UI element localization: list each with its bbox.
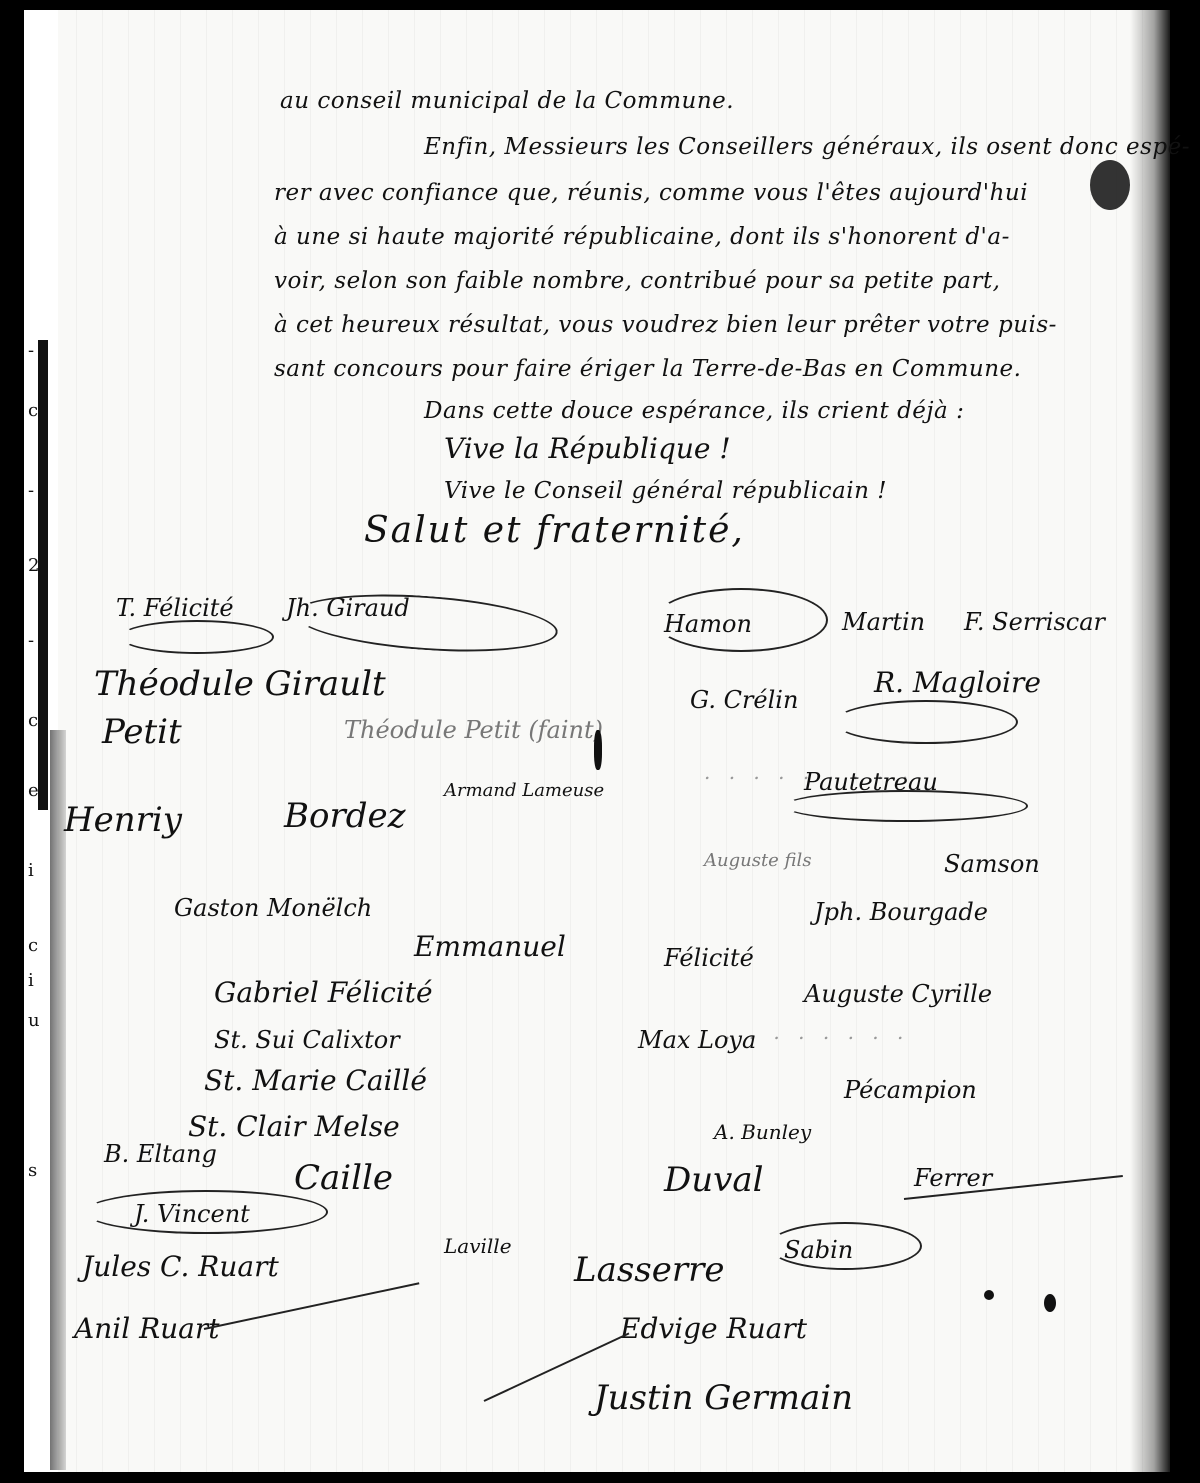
margin-mark: c (28, 400, 38, 421)
signature: Martin (842, 608, 925, 636)
acclamation: Vive le Conseil général républicain ! (444, 478, 887, 504)
signature: St. Marie Caillé (204, 1064, 427, 1097)
closing-salutation: Salut et fraternité, (364, 510, 745, 551)
signature: Jph. Bourgade (814, 898, 988, 926)
body-line: Enfin, Messieurs les Conseillers générau… (424, 134, 1190, 160)
signature: Gaston Monëlch (174, 894, 372, 922)
signature: Petit (102, 712, 182, 752)
body-line: sant concours pour faire ériger la Terre… (274, 356, 1021, 382)
margin-mark: - (28, 480, 34, 501)
signature: Lasserre (574, 1250, 725, 1290)
signature: Edvige Ruart (620, 1312, 807, 1345)
binding-shadow (50, 730, 66, 1470)
margin-mark: e (28, 780, 39, 801)
signature: Auguste fils (704, 850, 812, 871)
signature: St. Clair Melse (188, 1110, 400, 1143)
margin-mark: - (28, 340, 34, 361)
signature-flourish (654, 588, 828, 652)
ink-dot (1044, 1294, 1056, 1312)
signature: A. Bunley (714, 1120, 811, 1144)
margin-mark: s (28, 1160, 37, 1181)
ink-blot (1090, 160, 1130, 210)
signature: G. Crélin (690, 686, 798, 714)
signature: Max Loya (638, 1026, 756, 1054)
signature: Caille (294, 1158, 393, 1198)
signature-flourish (834, 700, 1018, 744)
ink-dot (984, 1290, 994, 1300)
document-page: - c - 2 - c e i c i u s au conseil munic… (24, 10, 1170, 1472)
acclamation: Vive la République ! (444, 432, 731, 465)
body-line: Dans cette douce espérance, ils crient d… (424, 398, 964, 424)
signature: Félicité (664, 944, 754, 972)
signature: F. Serriscar (964, 608, 1105, 636)
margin-mark: - (28, 630, 34, 651)
signature: Jules C. Ruart (82, 1250, 279, 1283)
binding-rule (38, 340, 48, 810)
signature: T. Félicité (116, 594, 234, 622)
signature-flourish (120, 620, 274, 654)
signature: Anil Ruart (74, 1312, 220, 1345)
body-line: à cet heureux résultat, vous voudrez bie… (274, 312, 1057, 338)
body-line: à une si haute majorité républicaine, do… (274, 224, 1010, 250)
margin-mark: u (28, 1010, 40, 1031)
signature: Auguste Cyrille (804, 980, 992, 1008)
signature-flourish (84, 1190, 328, 1234)
margin-mark: c (28, 710, 38, 731)
page-edge-shadow (1130, 10, 1170, 1472)
margin-mark: c (28, 935, 38, 956)
signature-stroke (204, 1282, 420, 1330)
margin-mark: i (28, 860, 34, 881)
body-line: voir, selon son faible nombre, contribué… (274, 268, 1001, 294)
margin-mark: 2 (28, 555, 39, 576)
signature: Bordez (284, 796, 406, 836)
signature: Justin Germain (594, 1378, 853, 1418)
signature: Emmanuel (414, 930, 566, 963)
signature: Henriy (64, 800, 182, 840)
signature: Théodule Girault (94, 664, 386, 704)
signature: St. Sui Calixtor (214, 1026, 400, 1054)
ink-mark (594, 730, 602, 770)
body-line: rer avec confiance que, réunis, comme vo… (274, 180, 1028, 206)
signature: Laville (444, 1234, 512, 1258)
body-line: au conseil municipal de la Commune. (280, 88, 734, 114)
signature: Armand Lameuse (444, 780, 604, 801)
signature: B. Eltang (104, 1140, 217, 1168)
margin-mark: i (28, 970, 34, 991)
signature: Ferrer (914, 1164, 992, 1192)
signature-flourish (292, 587, 559, 659)
signature: Théodule Petit (faint) (344, 716, 603, 744)
signature: Pécampion (844, 1076, 977, 1104)
signature-flourish (784, 790, 1028, 822)
signature: Gabriel Félicité (214, 976, 433, 1009)
signature-flourish (768, 1222, 922, 1270)
signature: R. Magloire (874, 666, 1041, 699)
signature: Duval (664, 1160, 764, 1200)
signature: Samson (944, 850, 1040, 878)
